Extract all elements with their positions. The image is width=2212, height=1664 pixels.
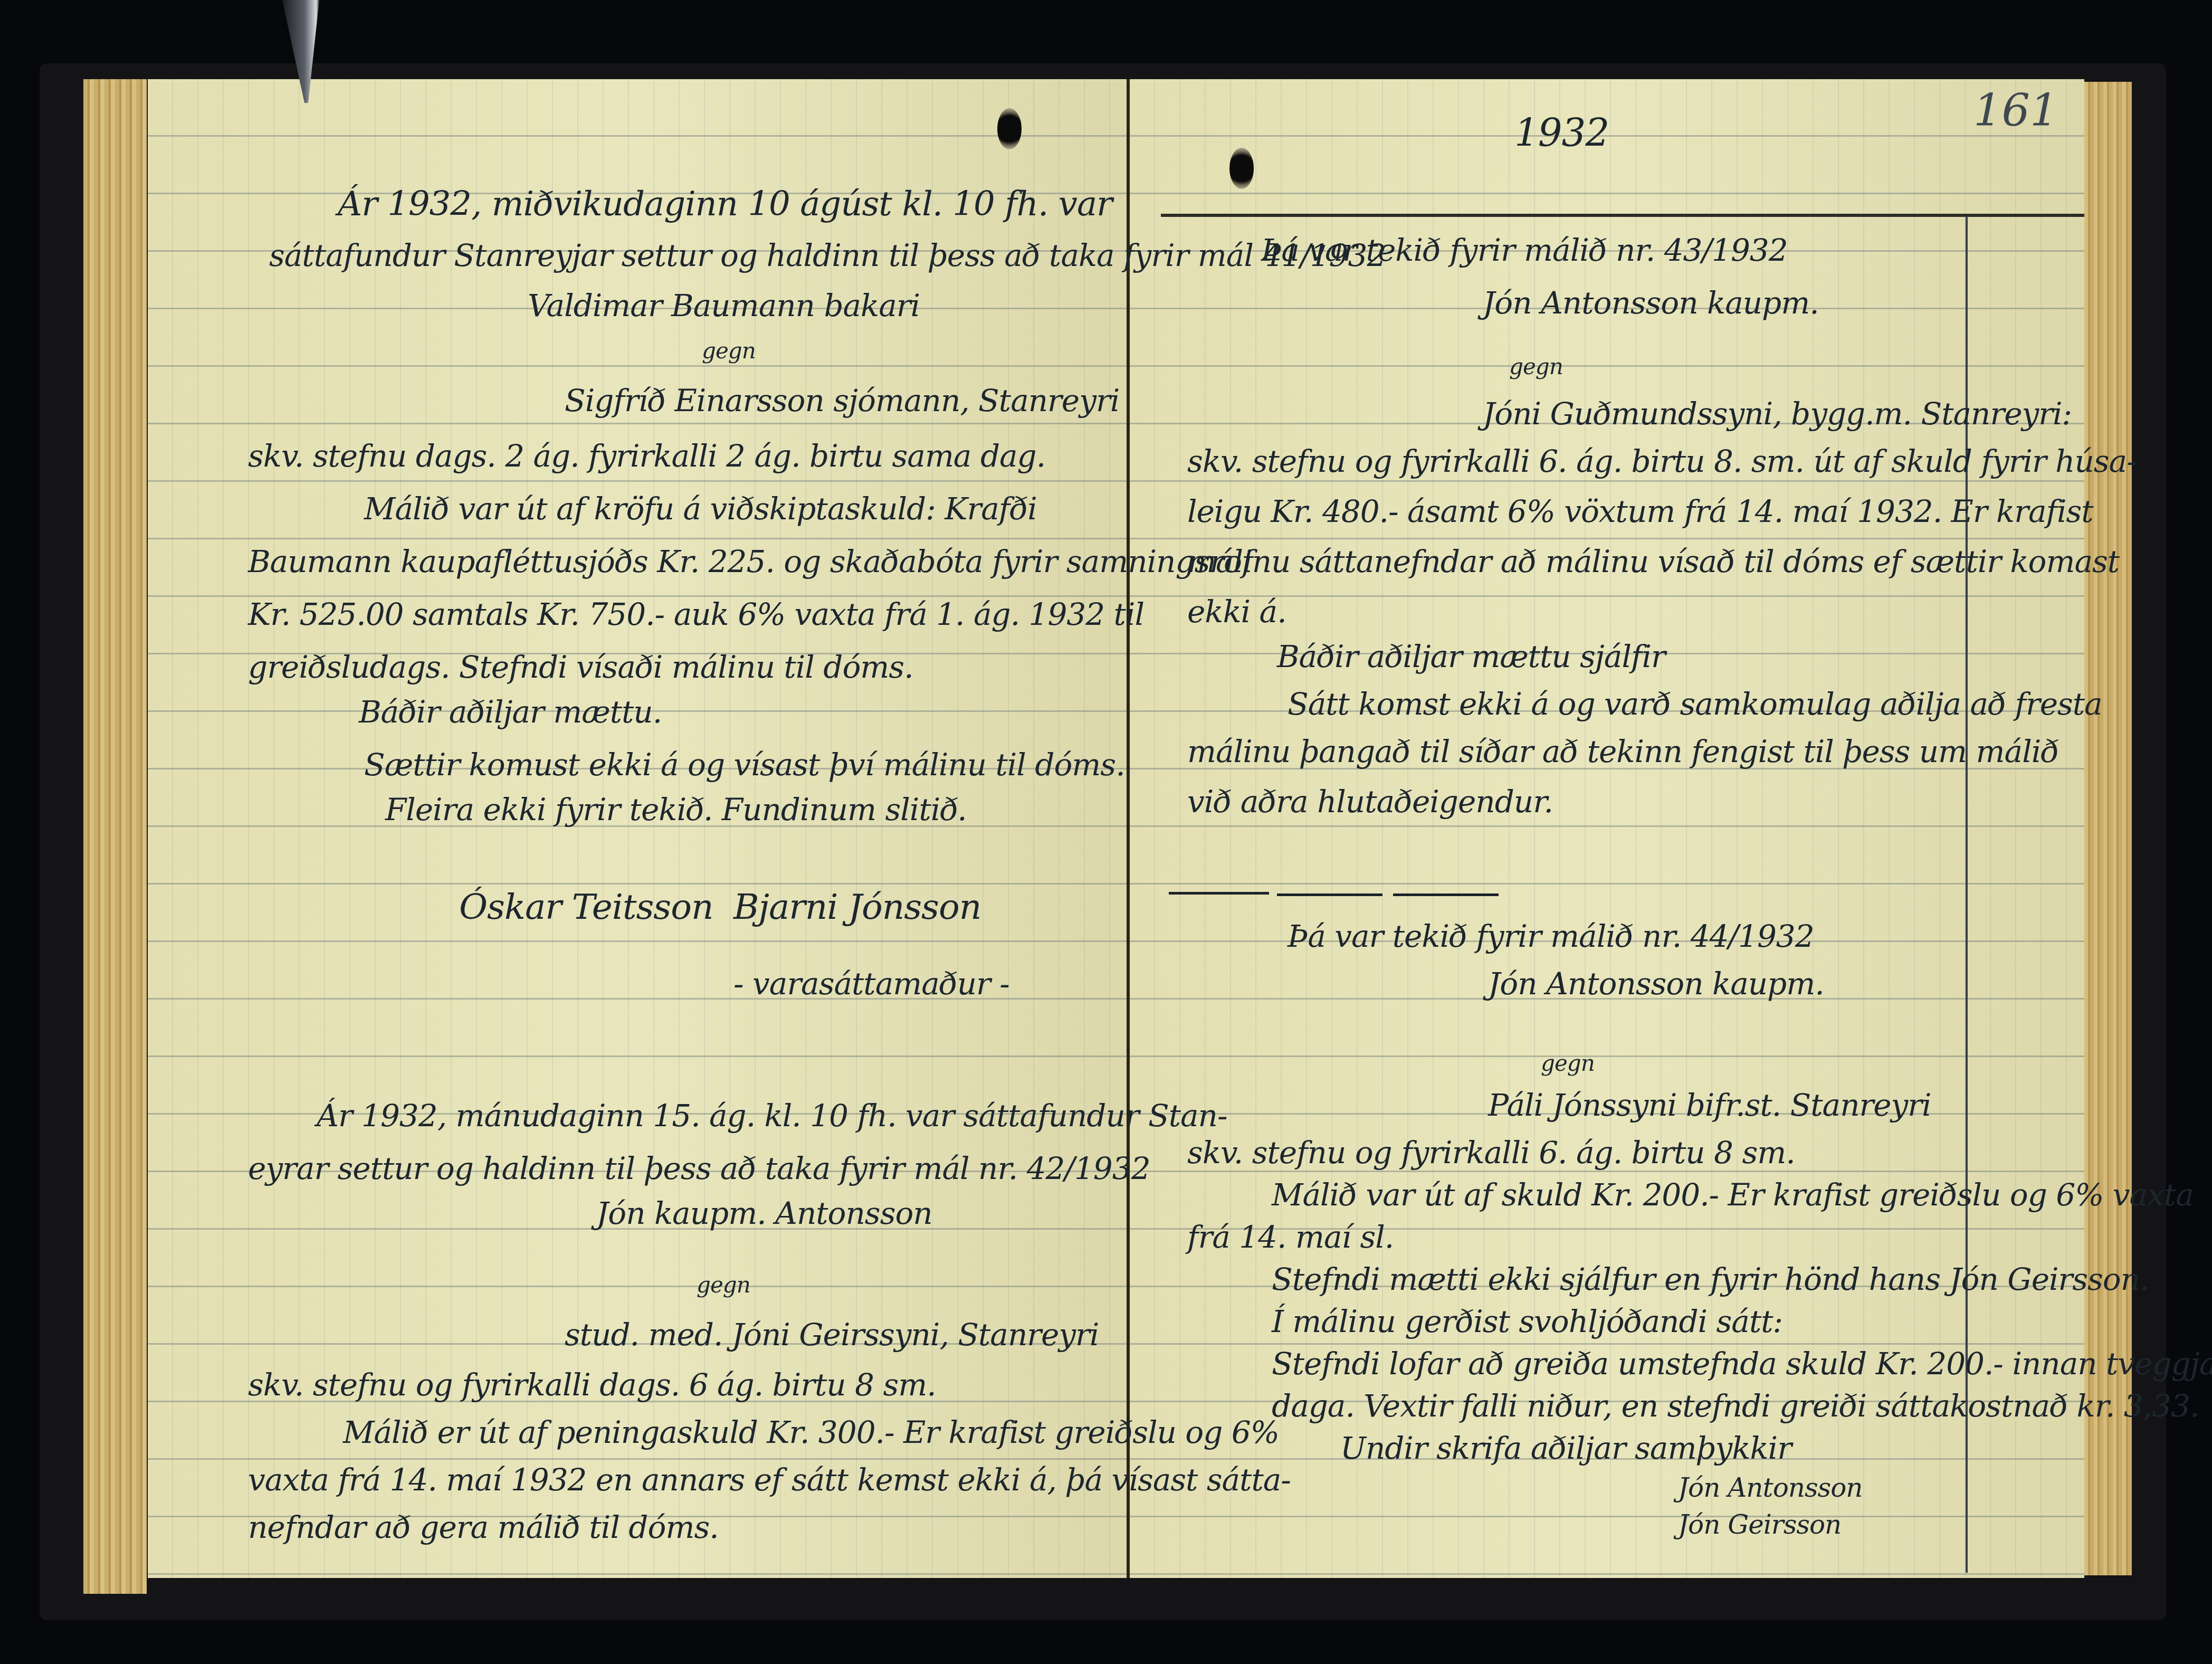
page-stack-left — [83, 79, 147, 1594]
section-divider — [1169, 892, 1269, 895]
body-line: nefndar að gera málið til dóms. — [248, 1509, 719, 1545]
gegn-label: gegn — [697, 1272, 750, 1298]
entry-line: Valdimar Baumann bakari — [528, 288, 920, 324]
body-line: Málið var út af kröfu á viðskiptaskuld: … — [364, 491, 1037, 527]
body-line: Í málinu gerðist svohljóðandi sátt: — [1272, 1304, 1782, 1339]
entry-line: sáttafundur Stanreyjar settur og haldinn… — [269, 237, 1386, 273]
body-line: Málið er út af peningaskuld Kr. 300.- Er… — [343, 1414, 1279, 1450]
body-line: greiðsludags. Stefndi vísaði málinu til … — [248, 649, 913, 685]
signature: Bjarni Jónsson — [733, 887, 981, 927]
entry-line: Jón kaupm. Antonsson — [596, 1195, 932, 1231]
body-line: skv. stefnu og fyrirkalli 6. ág. birtu 8… — [1187, 1135, 1795, 1171]
body-line: daga. Vextir falli niður, en stefndi gre… — [1272, 1388, 2199, 1424]
page-number: 161 — [1973, 84, 2058, 136]
entry-line: Þá var tekið fyrir málið nr. 44/1932 — [1288, 918, 1814, 954]
body-line: Baumann kaupafléttusjóðs Kr. 225. og ska… — [248, 544, 1252, 579]
signature: Jón Antonsson — [1678, 1472, 1863, 1503]
year-header: 1932 — [1514, 111, 1609, 155]
entry-line: Þá var tekið fyrir málið nr. 43/1932 — [1261, 232, 1788, 268]
body-line: málinu þangað til síðar að tekinn fengis… — [1187, 734, 2058, 769]
body-line: skv. stefnu og fyrirkalli dags. 6 ág. bi… — [248, 1367, 936, 1403]
body-line: Undir skrifa aðiljar samþykkir — [1340, 1430, 1791, 1466]
body-line: málinu sáttanefndar að málinu vísað til … — [1187, 544, 2119, 579]
punch-hole — [1229, 148, 1254, 189]
entry-line: Ár 1932, mánudaginn 15. ág. kl. 10 fh. v… — [317, 1098, 1227, 1134]
party-line: Jóni Guðmundssyni, bygg.m. Stanreyri: — [1483, 396, 2072, 432]
signature: Óskar Teitsson — [459, 887, 713, 927]
punch-hole — [997, 108, 1022, 149]
body-line: leigu Kr. 480.- ásamt 6% vöxtum frá 14. … — [1187, 493, 2093, 529]
body-line: Stefndi mætti ekki sjálfur en fyrir hönd… — [1272, 1261, 2149, 1297]
gegn-label: gegn — [1541, 1050, 1595, 1076]
gegn-label: gegn — [702, 338, 756, 364]
body-line: ekki á. — [1187, 594, 1286, 630]
body-line: skv. stefnu og fyrirkalli 6. ág. birtu 8… — [1187, 443, 2137, 479]
body-line: Stefndi lofar að greiða umstefnda skuld … — [1272, 1346, 2212, 1382]
body-line: Málið var út af skuld Kr. 200.- Er krafi… — [1272, 1177, 2194, 1213]
entry-line: Jón Antonsson kaupm. — [1488, 966, 1824, 1002]
gegn-label: gegn — [1509, 354, 1563, 379]
body-line: Báðir aðiljar mættu sjálfir — [1277, 639, 1665, 674]
body-line: Báðir aðiljar mættu. — [359, 694, 662, 730]
signature-role: - varasáttamaður - — [733, 966, 1009, 1002]
body-line: Kr. 525.00 samtals Kr. 750.- auk 6% vaxt… — [248, 596, 1144, 632]
body-line: Sættir komust ekki á og vísast því málin… — [364, 747, 1125, 783]
party-line: Sigfríð Einarsson sjómann, Stanreyri — [565, 383, 1119, 419]
party-line: Páli Jónssyni bifr.st. Stanreyri — [1488, 1087, 1931, 1123]
section-divider — [1277, 893, 1382, 896]
section-divider — [1393, 893, 1499, 896]
header-rule — [1161, 214, 2084, 217]
body-line: við aðra hlutaðeigendur. — [1187, 784, 1553, 820]
body-line: vaxta frá 14. maí 1932 en annars ef sátt… — [248, 1462, 1291, 1498]
body-line: skv. stefnu dags. 2 ág. fyrirkalli 2 ág.… — [248, 438, 1045, 474]
body-line: Fleira ekki fyrir tekið. Fundinum slitið… — [385, 792, 967, 828]
party-line: stud. med. Jóni Geirssyni, Stanreyri — [565, 1317, 1099, 1353]
body-line: Sátt komst ekki á og varð samkomulag aði… — [1288, 686, 2102, 722]
entry-line: eyrar settur og haldinn til þess að taka… — [248, 1150, 1150, 1186]
entry-line: Ár 1932, miðvikudaginn 10 ágúst kl. 10 f… — [338, 185, 1112, 224]
body-line: frá 14. maí sl. — [1187, 1219, 1394, 1255]
signature: Jón Geirsson — [1678, 1509, 1841, 1540]
entry-line: Jón Antonsson kaupm. — [1483, 285, 1819, 321]
